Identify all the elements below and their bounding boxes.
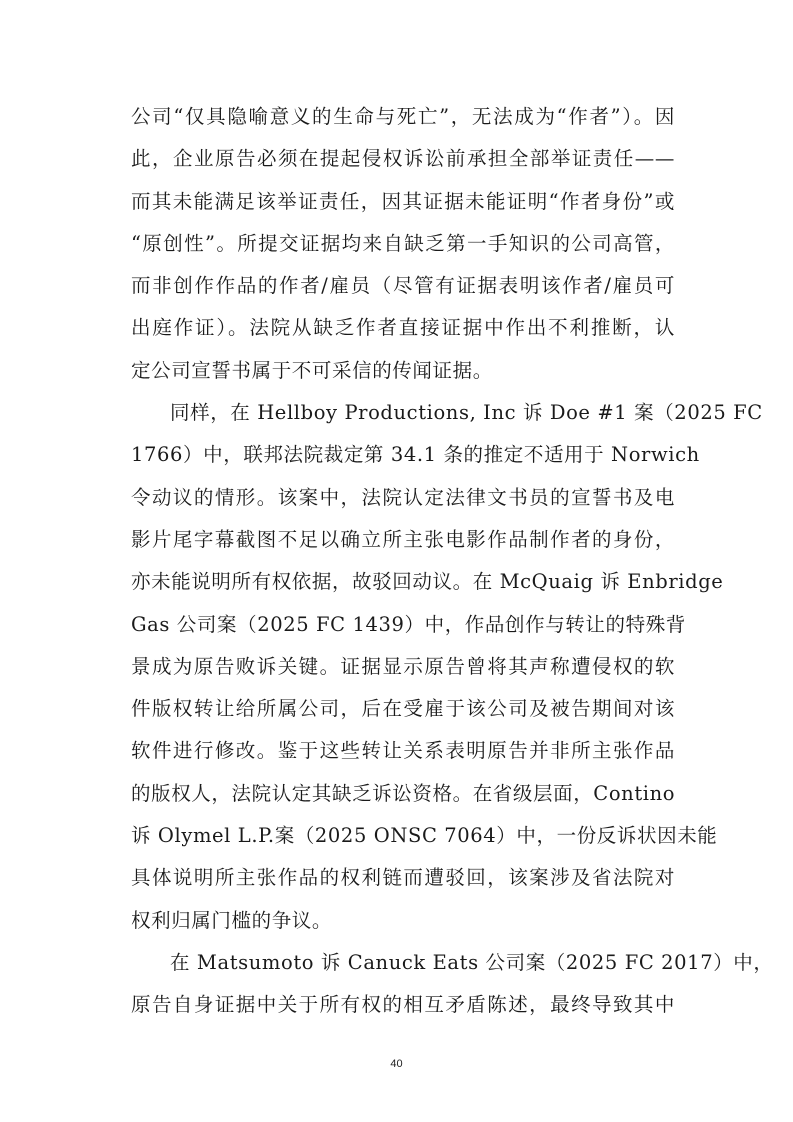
text-line: 而其未能满足该举证责任，因其证据未能证明“作者身份”或 bbox=[131, 181, 675, 223]
paragraph-3: 在 Matsumoto 诉 Canuck Eats 公司案（2025 FC 20… bbox=[131, 942, 675, 1027]
text-line: 1766）中，联邦法院裁定第 34.1 条的推定不适用于 Norwich bbox=[131, 434, 675, 476]
text-line: 件版权转让给所属公司，后在受雇于该公司及被告期间对该 bbox=[131, 688, 675, 730]
text-line: 此，企业原告必须在提起侵权诉讼前承担全部举证责任—— bbox=[131, 138, 675, 180]
text-line: 影片尾字幕截图不足以确立所主张电影作品制作者的身份， bbox=[131, 519, 675, 561]
page-number: 40 bbox=[0, 1058, 793, 1070]
text-line: 具体说明所主张作品的权利链而遭驳回，该案涉及省法院对 bbox=[131, 857, 675, 899]
text-line: 公司“仅具隐喻意义的生命与死亡”，无法成为“作者”）。因 bbox=[131, 96, 675, 138]
text-line: 亦未能说明所有权依据，故驳回动议。在 McQuaig 诉 Enbridge bbox=[131, 561, 675, 603]
text-line: 软件进行修改。鉴于这些转让关系表明原告并非所主张作品 bbox=[131, 730, 675, 772]
text-line: 的版权人，法院认定其缺乏诉讼资格。在省级层面，Contino bbox=[131, 773, 675, 815]
text-line: 权利归属门槛的争议。 bbox=[131, 900, 675, 942]
text-line: 原告自身证据中关于所有权的相互矛盾陈述，最终导致其中 bbox=[131, 984, 675, 1026]
text-line: 而非创作作品的作者/雇员（尽管有证据表明该作者/雇员可 bbox=[131, 265, 675, 307]
text-line: 在 Matsumoto 诉 Canuck Eats 公司案（2025 FC 20… bbox=[131, 942, 675, 984]
text-line: 同样，在 Hellboy Productions, Inc 诉 Doe #1 案… bbox=[131, 392, 675, 434]
text-line: 定公司宣誓书属于不可采信的传闻证据。 bbox=[131, 350, 675, 392]
paragraph-2: 同样，在 Hellboy Productions, Inc 诉 Doe #1 案… bbox=[131, 392, 675, 942]
document-page: 公司“仅具隐喻意义的生命与死亡”，无法成为“作者”）。因 此，企业原告必须在提起… bbox=[131, 96, 675, 1027]
text-line: 景成为原告败诉关键。证据显示原告曾将其声称遭侵权的软 bbox=[131, 646, 675, 688]
text-line: 令动议的情形。该案中，法院认定法律文书员的宣誓书及电 bbox=[131, 477, 675, 519]
text-line: 出庭作证）。法院从缺乏作者直接证据中作出不利推断，认 bbox=[131, 307, 675, 349]
text-line: “原创性”。所提交证据均来自缺乏第一手知识的公司高管， bbox=[131, 223, 675, 265]
text-line: Gas 公司案（2025 FC 1439）中，作品创作与转让的特殊背 bbox=[131, 604, 675, 646]
text-line: 诉 Olymel L.P.案（2025 ONSC 7064）中，一份反诉状因未能 bbox=[131, 815, 675, 857]
paragraph-1: 公司“仅具隐喻意义的生命与死亡”，无法成为“作者”）。因 此，企业原告必须在提起… bbox=[131, 96, 675, 392]
